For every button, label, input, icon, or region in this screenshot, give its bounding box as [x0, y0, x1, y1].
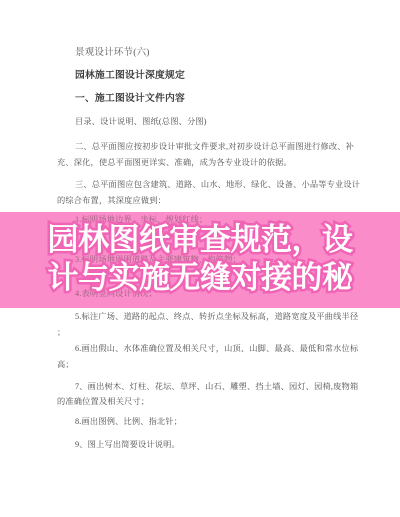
- doc-line: 二、总平面图应按初步设计审批文件要求,对初步设计总平面图进行修改、补: [75, 143, 354, 151]
- document-page: 景观设计环节(六) 园林施工图设计深度规定 一、施工图设计文件内容 目录、设计说…: [0, 0, 400, 517]
- banner-title-line-2: 计与实施无缝对接的秘: [0, 259, 400, 297]
- doc-title: 园林施工图设计深度规定: [75, 71, 185, 81]
- doc-line: 6.画出假山、水体准确位置及相关尺寸，山顶、山脚、最高、最低和常水位标: [75, 345, 358, 353]
- doc-line: ；: [57, 329, 65, 337]
- doc-line: 的准确位置及相关尺寸；: [57, 398, 149, 406]
- doc-line: 8.画出图例、比例、指北针；: [75, 418, 182, 426]
- doc-section-heading: 一、施工图设计文件内容: [75, 94, 185, 104]
- doc-line: 高；: [57, 361, 74, 369]
- doc-line: 充、深化，使总平面图更详实、准确，成为各专业设计的依据。: [57, 159, 292, 167]
- doc-line: 9、图上写出简要设计说明。: [75, 441, 180, 449]
- doc-line: 三、总平面图应包含建筑、道路、山水、地形、绿化、设备、小品等专业设计: [75, 181, 360, 189]
- banner-title-line-1: 园林图纸审查规范，设: [0, 221, 400, 259]
- doc-line: 目录、设计说明、图纸(总图、分图): [75, 118, 207, 126]
- doc-meta-line: 景观设计环节(六): [75, 49, 150, 59]
- doc-line: 的综合布置，其深度应做到：: [57, 197, 166, 205]
- doc-line: 7、画出树木、灯柱、花坛、草坪、山石、雕塑、挡土墙、园灯、园椅,废物箱: [75, 383, 358, 391]
- doc-line: 5.标注广场、道路的起点、终点、转折点坐标及标高，道路宽度及平曲线半径: [75, 313, 358, 321]
- promo-banner: 1.标明场地边界、坐标、规划红线； 3.标明场地周围道路及主要建筑物、构筑物； …: [0, 212, 400, 308]
